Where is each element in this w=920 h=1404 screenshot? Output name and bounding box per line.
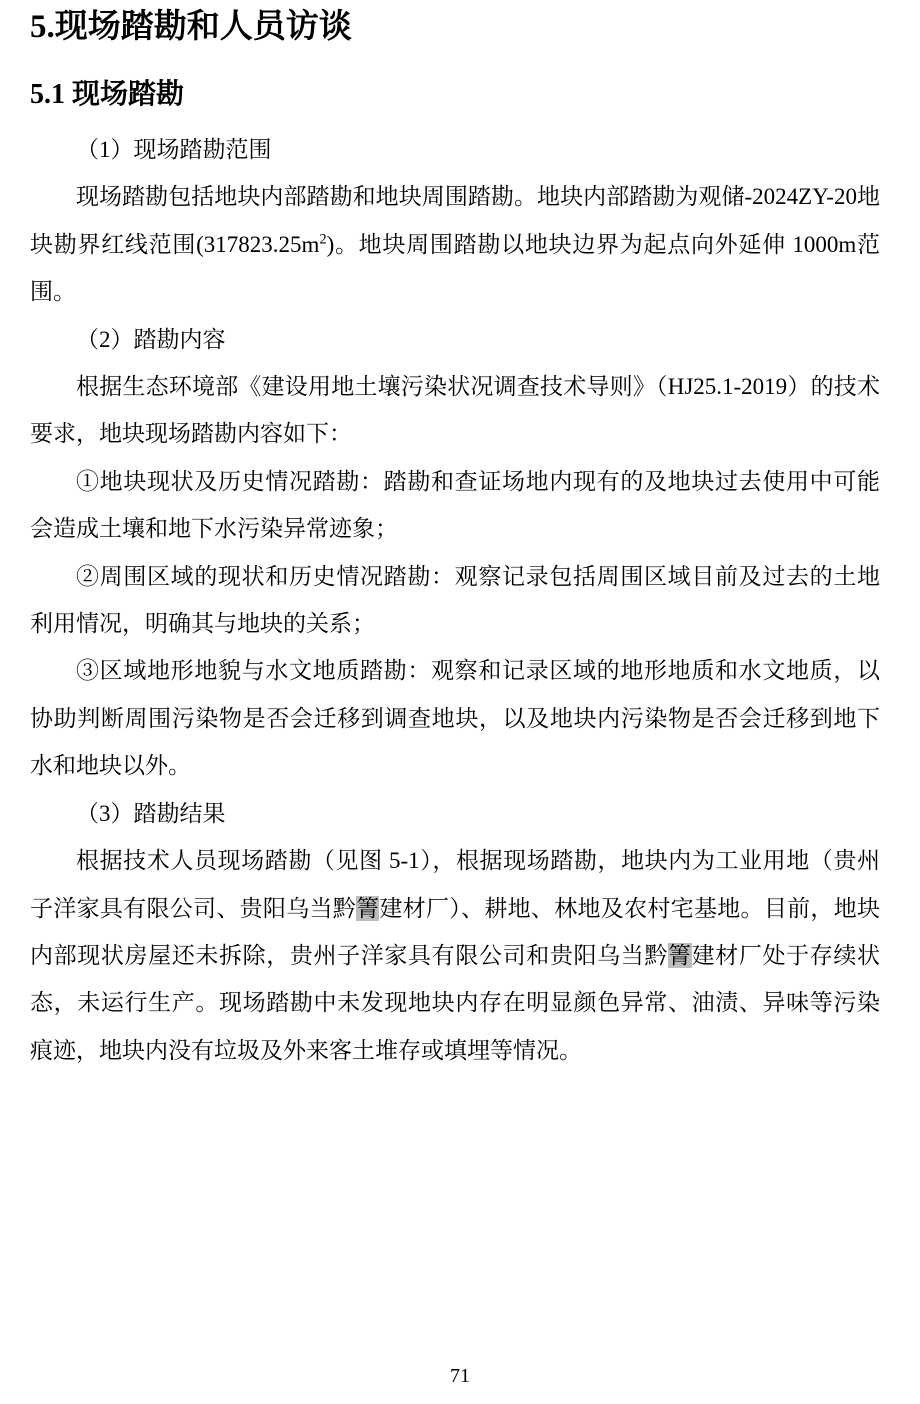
document-page: 5.现场踏勘和人员访谈 5.1 现场踏勘 （1）现场踏勘范围 现场踏勘包括地块内… [0,0,920,1404]
chapter-title: 5.现场踏勘和人员访谈 [30,6,880,48]
body-text: （1）现场踏勘范围 现场踏勘包括地块内部踏勘和地块周围踏勘。地块内部踏勘为观储-… [30,126,880,1074]
area-superscript: 2 [319,231,326,247]
highlighted-char-2: 箐 [668,943,692,968]
section-heading: 5.1 现场踏勘 [30,78,880,112]
survey-result-paragraph: 根据技术人员现场踏勘（见图 5-1），根据现场踏勘，地块内为工业用地（贵州子洋家… [30,837,880,1074]
item1-heading: （1）现场踏勘范围 [30,126,880,173]
item3-heading: （3）踏勘结果 [30,790,880,837]
item2-heading: （2）踏勘内容 [30,316,880,363]
page-number: 71 [0,1364,920,1388]
survey-item-2: ②周围区域的现状和历史情况踏勘：观察记录包括周围区域目前及过去的土地利用情况，明… [30,553,880,648]
survey-scope-paragraph: 现场踏勘包括地块内部踏勘和地块周围踏勘。地块内部踏勘为观储-2024ZY-20地… [30,173,880,315]
highlighted-char-1: 箐 [356,896,379,921]
survey-item-1: ①地块现状及历史情况踏勘：踏勘和查证场地内现有的及地块过去使用中可能会造成土壤和… [30,458,880,553]
content-intro-paragraph: 根据生态环境部《建设用地土壤污染状况调查技术导则》（HJ25.1-2019）的技… [30,363,880,458]
survey-item-3: ③区域地形地貌与水文地质踏勘：观察和记录区域的地形地质和水文地质，以协助判断周围… [30,647,880,789]
